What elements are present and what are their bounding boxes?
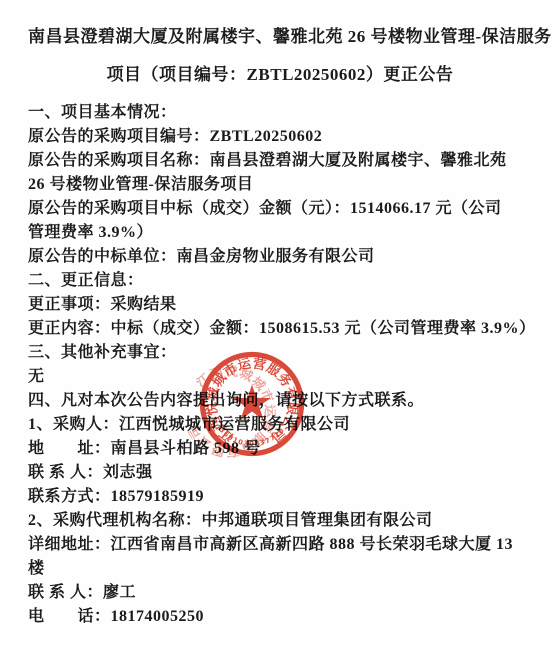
body-line: 1、采购人：江西悦城城市运营服务有限公司 <box>28 413 532 437</box>
body-line: 更正事项：采购结果 <box>28 293 532 317</box>
body-line: 一、项目基本情况： <box>28 101 532 125</box>
body-line: 26 号楼物业管理-保洁服务项目 <box>28 173 532 197</box>
announcement-document: 南昌县澄碧湖大厦及附属楼宇、馨雅北苑 26 号楼物业管理-保洁服务 项目（项目编… <box>0 0 556 666</box>
body-line: 原公告的采购项目编号：ZBTL20250602 <box>28 125 532 149</box>
body-line: 电 话：18174005250 <box>28 605 532 629</box>
body-line: 三、其他补充事宜： <box>28 341 532 365</box>
document-title-line-2: 项目（项目编号：ZBTL20250602）更正公告 <box>28 62 532 87</box>
document-title: 南昌县澄碧湖大厦及附属楼宇、馨雅北苑 26 号楼物业管理-保洁服务 项目（项目编… <box>28 24 532 87</box>
body-line: 原公告的采购项目名称：南昌县澄碧湖大厦及附属楼宇、馨雅北苑 <box>28 149 532 173</box>
body-line: 更正内容：中标（成交）金额：1508615.53 元（公司管理费率 3.9%） <box>28 317 532 341</box>
body-line: 联系方式：18579185919 <box>28 485 532 509</box>
body-line: 管理费率 3.9%） <box>28 221 532 245</box>
body-line: 楼 <box>28 557 532 581</box>
body-line: 原公告的采购项目中标（成交）金额（元）：1514066.17 元（公司 <box>28 197 532 221</box>
body-line: 四、凡对本次公告内容提出询问，请按以下方式联系。 <box>28 389 532 413</box>
body-line: 二、更正信息： <box>28 269 532 293</box>
body-line: 地 址：南昌县斗柏路 598 号 <box>28 437 532 461</box>
document-title-line-1: 南昌县澄碧湖大厦及附属楼宇、馨雅北苑 26 号楼物业管理-保洁服务 <box>28 24 532 49</box>
body-line: 详细地址：江西省南昌市高新区高新四路 888 号长荣羽毛球大厦 13 <box>28 533 532 557</box>
body-line: 无 <box>28 365 532 389</box>
body-line: 原公告的中标单位：南昌金房物业服务有限公司 <box>28 245 532 269</box>
body-line: 联 系 人：刘志强 <box>28 461 532 485</box>
document-body: 一、项目基本情况：原公告的采购项目编号：ZBTL20250602原公告的采购项目… <box>28 101 532 629</box>
body-line: 联 系 人：廖工 <box>28 581 532 605</box>
body-line: 2、采购代理机构名称：中邦通联项目管理集团有限公司 <box>28 509 532 533</box>
